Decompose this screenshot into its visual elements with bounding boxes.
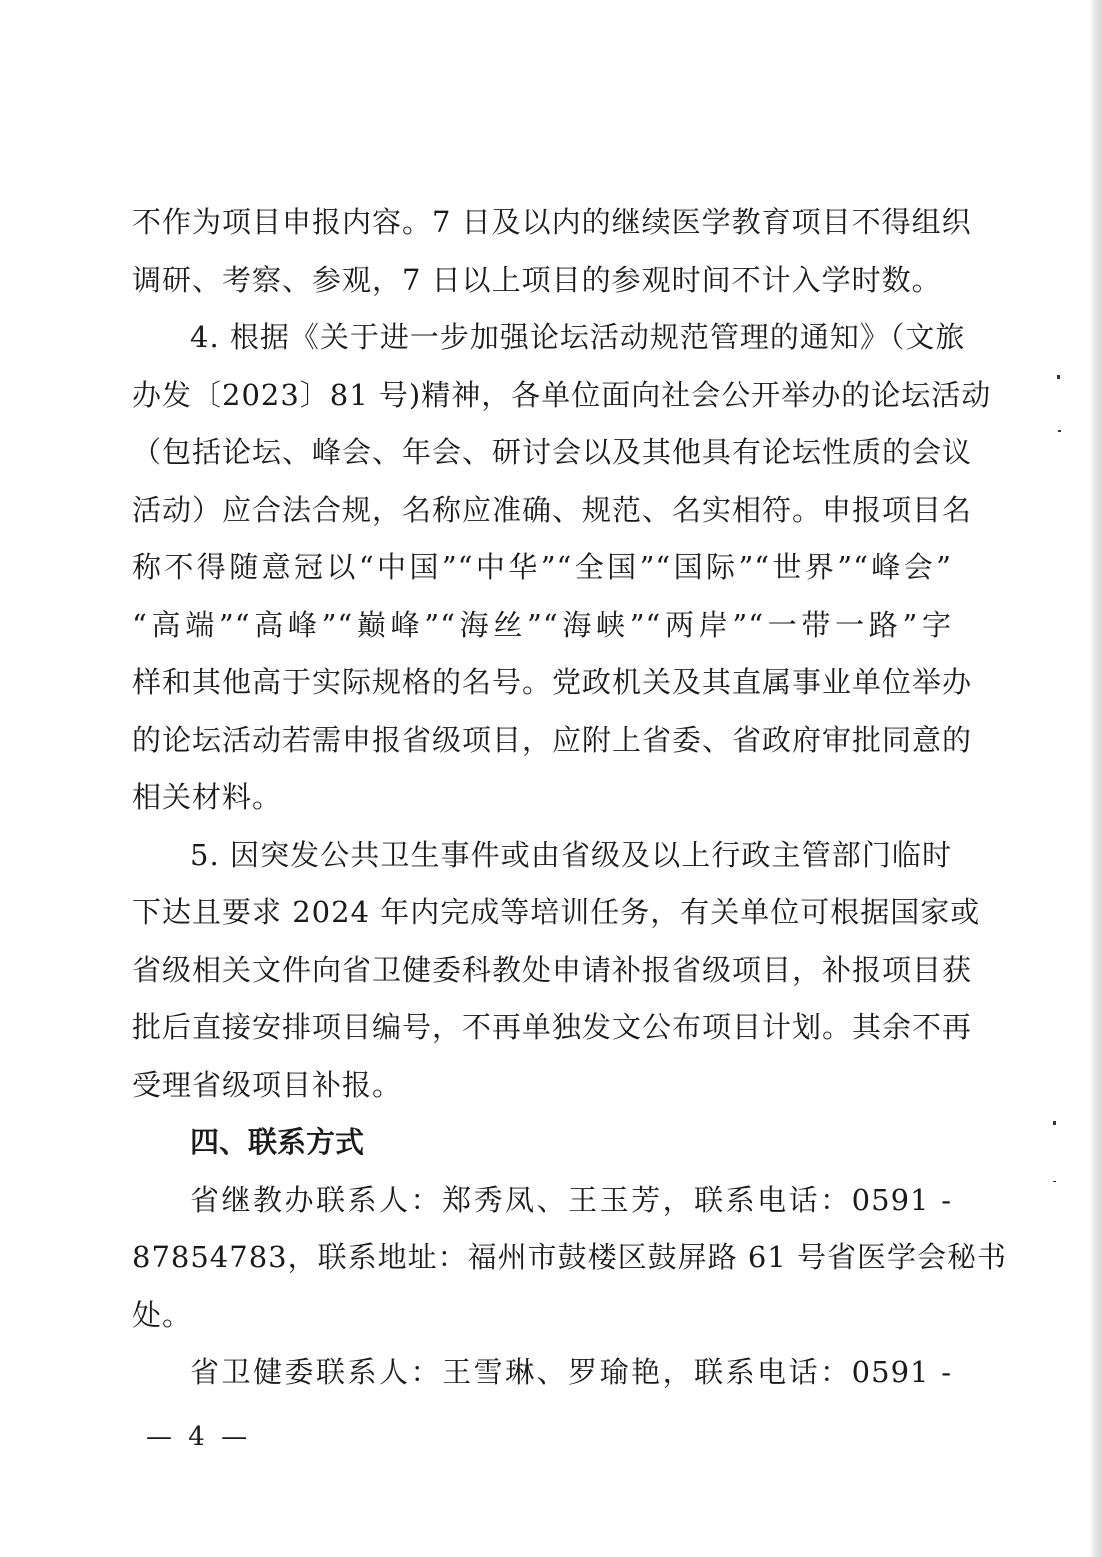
scan-speck [1053, 1181, 1056, 1182]
text-line: 调研、考察、参观，7 日以上项目的参观时间不计入学时数。 [132, 258, 952, 316]
text-line: 办发〔2023〕81 号)精神，各单位面向社会公开举办的论坛活动 [132, 373, 952, 431]
text-line: 样和其他高于实际规格的名号。党政机关及其直属事业单位举办 [132, 660, 952, 718]
text-line: 处。 [132, 1293, 952, 1351]
page-number: — 4 — [146, 1422, 251, 1452]
paragraph-item-5: 5. 因突发公共卫生事件或由省级及以上行政主管部门临时 下达且要求 2024 年… [132, 833, 952, 1121]
text-line: 不作为项目申报内容。7 日及以内的继续医学教育项目不得组织 [132, 200, 952, 258]
section-heading-contact: 四、联系方式 [132, 1120, 952, 1178]
paragraph-continuation: 不作为项目申报内容。7 日及以内的继续医学教育项目不得组织 调研、考察、参观，7… [132, 200, 952, 315]
scan-page-edge [1090, 0, 1102, 1557]
text-line: “高端”“高峰”“巅峰”“海丝”“海峡”“两岸”“一带一路”字 [132, 603, 952, 661]
text-line: （包括论坛、峰会、年会、研讨会以及其他具有论坛性质的会议 [132, 430, 952, 488]
text-line: 省继教办联系人：郑秀凤、王玉芳，联系电话：0591 - [132, 1178, 952, 1236]
contact-continuing-education-office: 省继教办联系人：郑秀凤、王玉芳，联系电话：0591 - 87854783，联系地… [132, 1178, 952, 1351]
text-line: 的论坛活动若需申报省级项目，应附上省委、省政府审批同意的 [132, 718, 952, 776]
text-line: 活动）应合法合规，名称应准确、规范、名实相符。申报项目名 [132, 488, 952, 546]
text-line: 受理省级项目补报。 [132, 1063, 952, 1121]
document-page: 不作为项目申报内容。7 日及以内的继续医学教育项目不得组织 调研、考察、参观，7… [132, 200, 952, 1408]
scan-speck [1053, 1121, 1056, 1125]
scan-speck [1058, 430, 1061, 432]
text-line: 5. 因突发公共卫生事件或由省级及以上行政主管部门临时 [132, 833, 952, 891]
text-line: 省级相关文件向省卫健委科教处申请补报省级项目，补报项目获 [132, 948, 952, 1006]
text-line: 批后直接安排项目编号，不再单独发文公布项目计划。其余不再 [132, 1005, 952, 1063]
contact-health-commission: 省卫健委联系人：王雪琳、罗瑜艳，联系电话：0591 - [132, 1350, 952, 1408]
paragraph-item-4: 4. 根据《关于进一步加强论坛活动规范管理的通知》（文旅 办发〔2023〕81 … [132, 315, 952, 833]
text-line: 省卫健委联系人：王雪琳、罗瑜艳，联系电话：0591 - [132, 1350, 952, 1408]
text-line: 87854783，联系地址：福州市鼓楼区鼓屏路 61 号省医学会秘书 [132, 1235, 952, 1293]
text-line: 4. 根据《关于进一步加强论坛活动规范管理的通知》（文旅 [132, 315, 952, 373]
text-line: 下达且要求 2024 年内完成等培训任务，有关单位可根据国家或 [132, 890, 952, 948]
scan-speck [1057, 375, 1060, 379]
text-line: 相关材料。 [132, 775, 952, 833]
text-line: 称不得随意冠以“中国”“中华”“全国”“国际”“世界”“峰会” [132, 545, 952, 603]
